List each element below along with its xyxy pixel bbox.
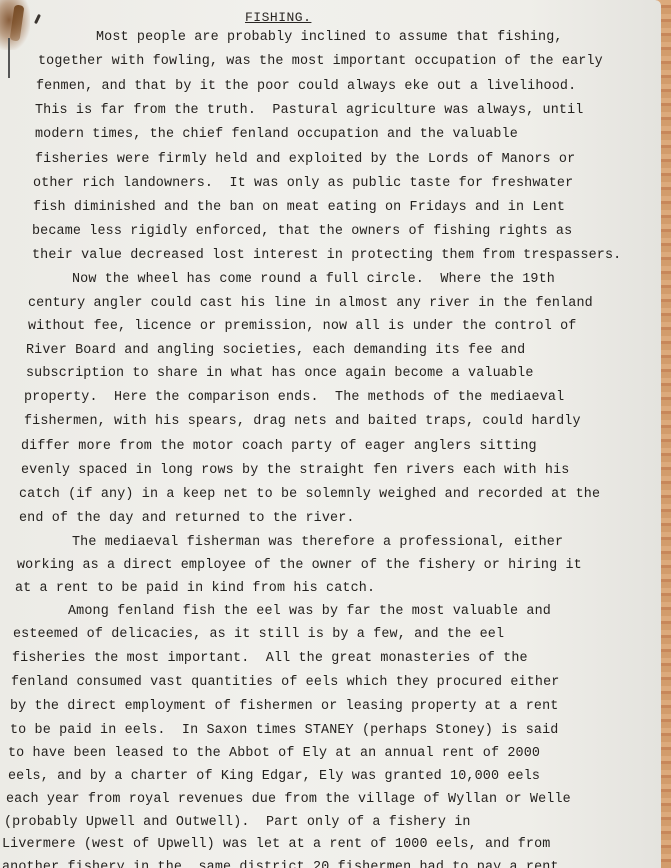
- text-line: end of the day and returned to the river…: [19, 511, 355, 526]
- text-line: fenmen, and that by it the poor could al…: [36, 79, 576, 94]
- margin-pencil-line: [8, 38, 10, 78]
- text-line: evenly spaced in long rows by the straig…: [21, 463, 569, 478]
- text-line: another fishery in the same district 20 …: [2, 860, 559, 868]
- text-line: Now the wheel has come round a full circ…: [72, 272, 555, 287]
- text-line: property. Here the comparison ends. The …: [24, 390, 564, 405]
- text-line: fish diminished and the ban on meat eati…: [33, 200, 565, 215]
- text-line: together with fowling, was the most impo…: [38, 54, 603, 69]
- text-line: other rich landowners. It was only as pu…: [33, 176, 573, 191]
- text-line: without fee, licence or premission, now …: [28, 319, 576, 334]
- text-line: (probably Upwell and Outwell). Part only…: [4, 815, 471, 830]
- text-line: each year from royal revenues due from t…: [6, 792, 571, 807]
- text-line: Livermere (west of Upwell) was let at a …: [2, 837, 550, 852]
- text-line: at a rent to be paid in kind from his ca…: [15, 581, 375, 596]
- text-line: century angler could cast his line in al…: [28, 296, 593, 311]
- text-line: catch (if any) in a keep net to be solem…: [19, 487, 600, 502]
- typewritten-page: FISHING. Most people are probably inclin…: [0, 0, 661, 868]
- text-line: Among fenland fish the eel was by far th…: [68, 604, 551, 619]
- text-line: esteemed of delicacies, as it still is b…: [13, 627, 504, 642]
- text-line: by the direct employment of fishermen or…: [10, 699, 558, 714]
- text-line: River Board and angling societies, each …: [26, 343, 525, 358]
- text-line: This is far from the truth. Pastural agr…: [35, 103, 583, 118]
- text-line: fishermen, with his spears, drag nets an…: [24, 414, 581, 429]
- text-line: differ more from the motor coach party o…: [21, 439, 537, 454]
- text-line: fisheries were firmly held and exploited…: [35, 152, 575, 167]
- text-line: became less rigidly enforced, that the o…: [32, 224, 572, 239]
- text-line: modern times, the chief fenland occupati…: [35, 127, 518, 142]
- text-line: fisheries the most important. All the gr…: [12, 651, 528, 666]
- text-line: subscription to share in what has once a…: [26, 366, 534, 381]
- text-line: their value decreased lost interest in p…: [32, 248, 621, 263]
- text-line: working as a direct employee of the owne…: [17, 558, 582, 573]
- pen-mark: [34, 14, 41, 24]
- text-line: Most people are probably inclined to ass…: [96, 30, 563, 45]
- text-line: to have been leased to the Abbot of Ely …: [8, 746, 540, 761]
- text-line: to be paid in eels. In Saxon times STANE…: [10, 723, 558, 738]
- text-line: fenland consumed vast quantities of eels…: [11, 675, 559, 690]
- text-line: The mediaeval fisherman was therefore a …: [72, 535, 563, 550]
- text-line: eels, and by a charter of King Edgar, El…: [8, 769, 540, 784]
- page-title: FISHING.: [245, 10, 311, 25]
